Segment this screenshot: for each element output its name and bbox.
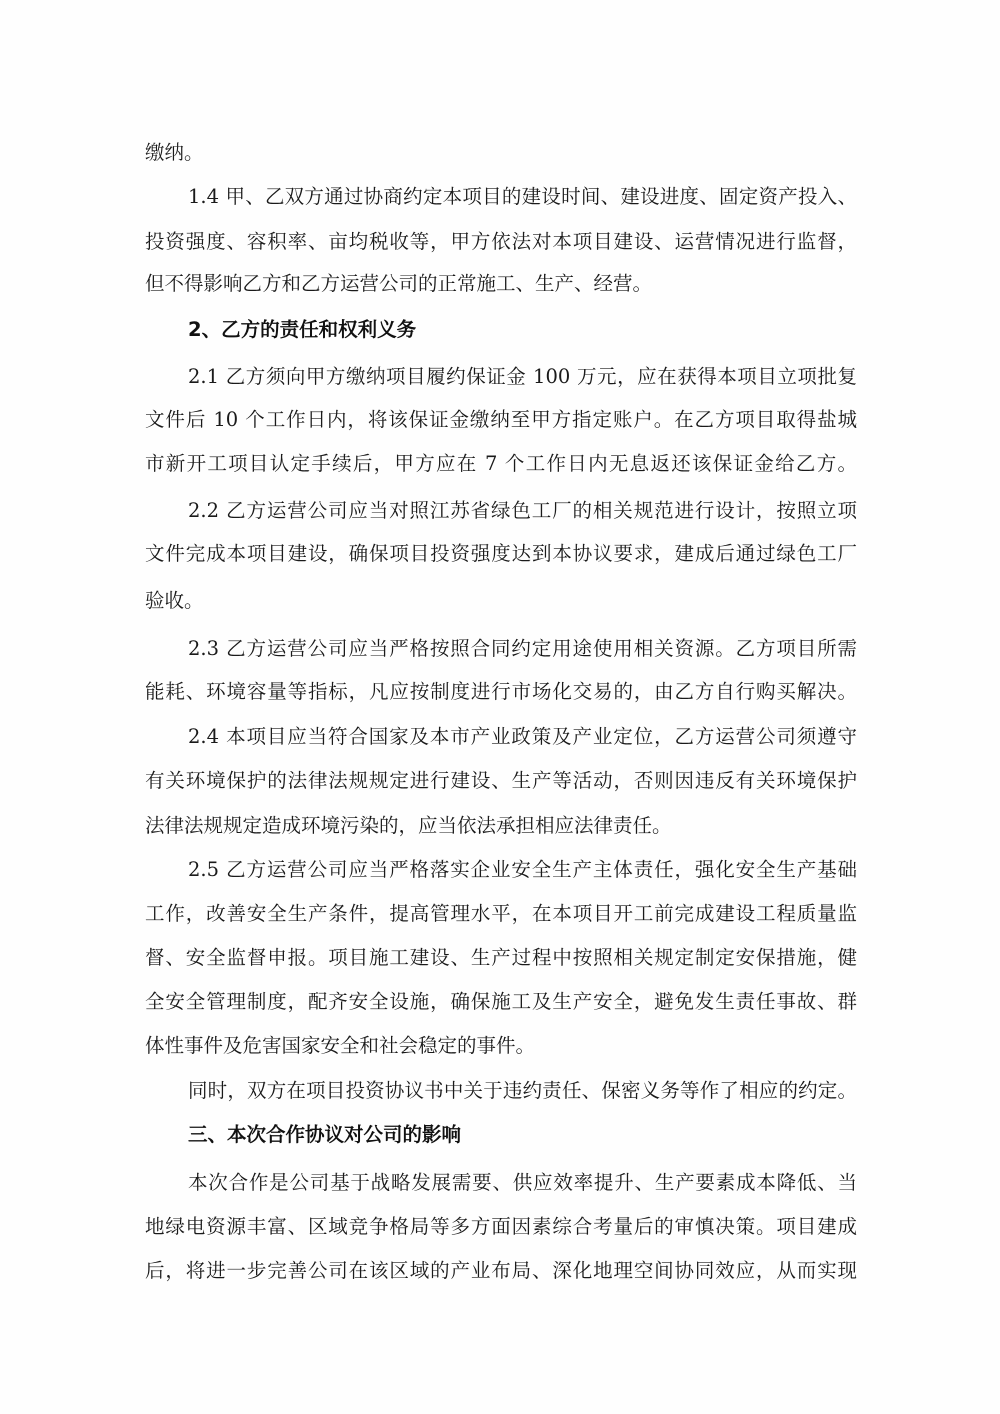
- paragraph-impact-line-3: 后，将进一步完善公司在该区域的产业布局、深化地理空间协同效应，从而实现: [145, 1256, 857, 1286]
- paragraph-1-4-line-3: 但不得影响乙方和乙方运营公司的正常施工、生产、经营。: [145, 269, 857, 299]
- paragraph-2-3-line-2: 能耗、环境容量等指标，凡应按制度进行市场化交易的，由乙方自行购买解决。: [145, 677, 857, 707]
- paragraph-1-4-line-1: 1.4 甲、乙双方通过协商约定本项目的建设时间、建设进度、固定资产投入、: [188, 182, 857, 212]
- paragraph-2-4-line-1: 2.4 本项目应当符合国家及本市产业政策及产业定位，乙方运营公司须遵守: [188, 722, 857, 752]
- paragraph-1-3-tail: 缴纳。: [145, 138, 857, 168]
- paragraph-agreement-note: 同时，双方在项目投资协议书中关于违约责任、保密义务等作了相应的约定。: [188, 1076, 857, 1106]
- paragraph-2-5-line-5: 体性事件及危害国家安全和社会稳定的事件。: [145, 1031, 857, 1061]
- paragraph-2-5-line-3: 督、安全监督申报。项目施工建设、生产过程中按照相关规定制定安保措施，健: [145, 943, 857, 973]
- document-page: 缴纳。 1.4 甲、乙双方通过协商约定本项目的建设时间、建设进度、固定资产投入、…: [0, 0, 1000, 1414]
- paragraph-2-2-line-3: 验收。: [145, 586, 857, 616]
- paragraph-2-3-line-1: 2.3 乙方运营公司应当严格按照合同约定用途使用相关资源。乙方项目所需: [188, 634, 857, 664]
- paragraph-2-5-line-1: 2.5 乙方运营公司应当严格落实企业安全生产主体责任，强化安全生产基础: [188, 855, 857, 885]
- paragraph-2-2-line-2: 文件完成本项目建设，确保项目投资强度达到本协议要求，建成后通过绿色工厂: [145, 539, 857, 569]
- paragraph-2-1-line-1: 2.1 乙方须向甲方缴纳项目履约保证金 100 万元，应在获得本项目立项批复: [188, 362, 857, 392]
- paragraph-impact-line-2: 地绿电资源丰富、区域竞争格局等多方面因素综合考量后的审慎决策。项目建成: [145, 1212, 857, 1242]
- paragraph-impact-line-1: 本次合作是公司基于战略发展需要、供应效率提升、生产要素成本降低、当: [188, 1168, 857, 1198]
- paragraph-2-1-line-3: 市新开工项目认定手续后，甲方应在 7 个工作日内无息返还该保证金给乙方。: [145, 449, 857, 479]
- paragraph-2-5-line-4: 全安全管理制度，配齐安全设施，确保施工及生产安全，避免发生责任事故、群: [145, 987, 857, 1017]
- paragraph-1-4-line-2: 投资强度、容积率、亩均税收等，甲方依法对本项目建设、运营情况进行监督，: [145, 227, 857, 257]
- paragraph-2-2-line-1: 2.2 乙方运营公司应当对照江苏省绿色工厂的相关规范进行设计，按照立项: [188, 496, 857, 526]
- paragraph-2-1-line-2: 文件后 10 个工作日内，将该保证金缴纳至甲方指定账户。在乙方项目取得盐城: [145, 405, 857, 435]
- paragraph-2-4-line-3: 法律法规规定造成环境污染的，应当依法承担相应法律责任。: [145, 811, 857, 841]
- section-heading-2: 2、乙方的责任和权利义务: [188, 315, 900, 345]
- paragraph-2-5-line-2: 工作，改善安全生产条件，提高管理水平，在本项目开工前完成建设工程质量监: [145, 899, 857, 929]
- section-heading-3: 三、本次合作协议对公司的影响: [188, 1120, 900, 1150]
- paragraph-2-4-line-2: 有关环境保护的法律法规规定进行建设、生产等活动，否则因违反有关环境保护: [145, 766, 857, 796]
